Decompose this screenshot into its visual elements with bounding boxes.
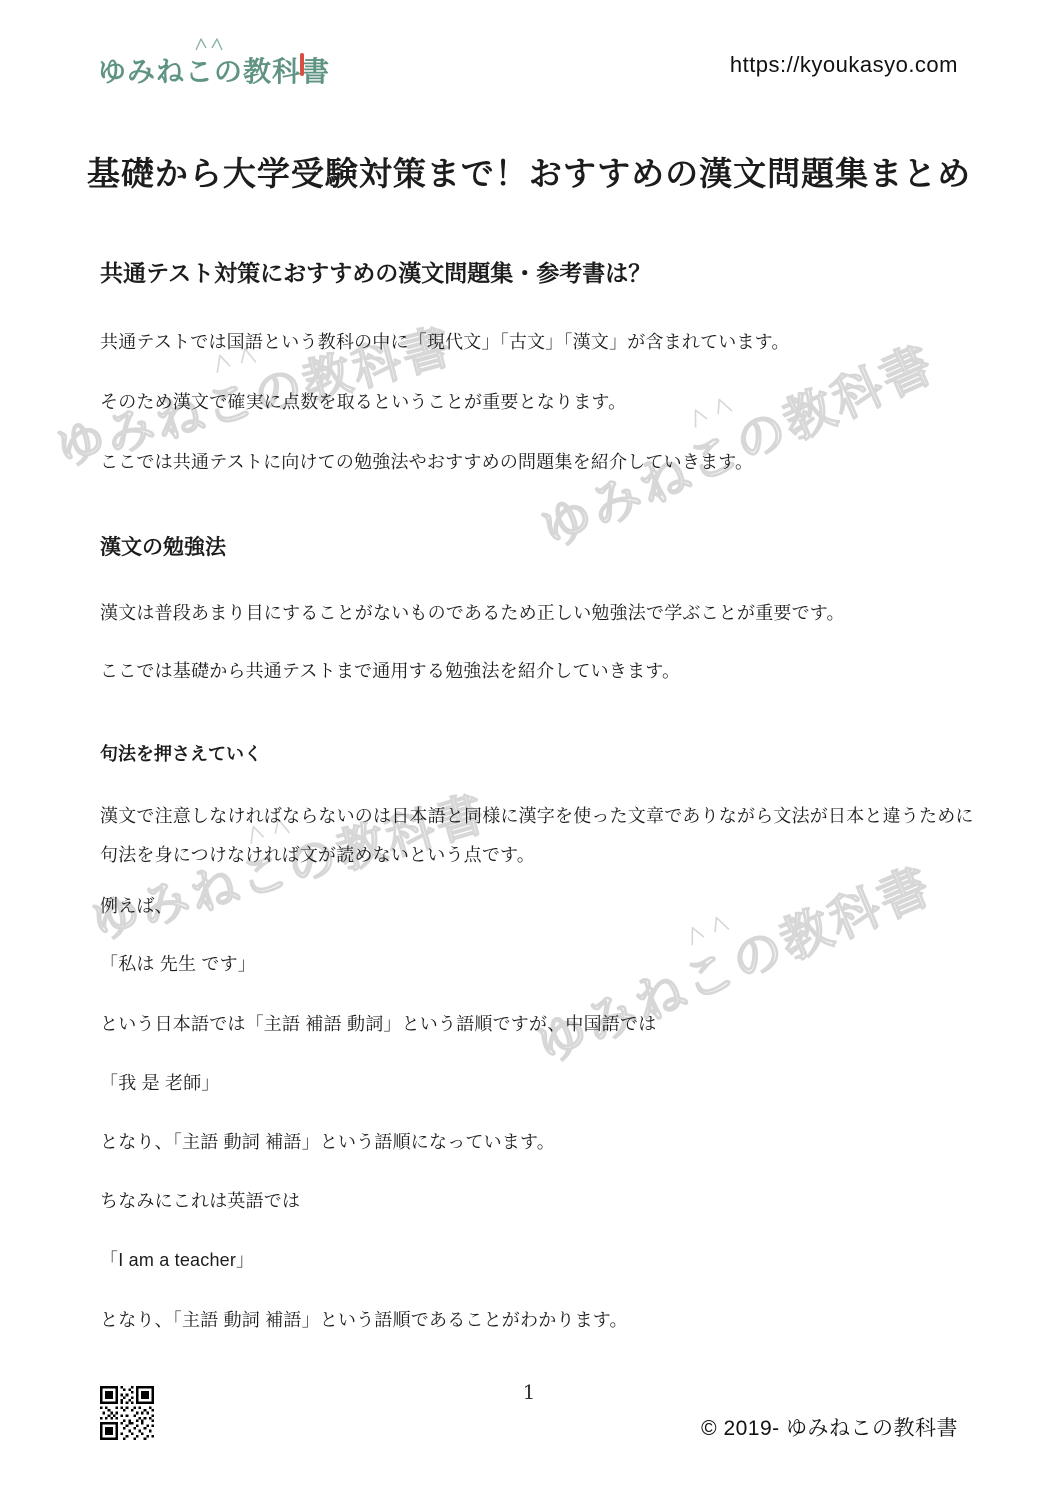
site-url-link[interactable]: https://kyoukasyo.com — [730, 52, 958, 78]
example-sentence-english: 「I am a teacher」 — [100, 1241, 980, 1280]
paragraph: 例えば、 — [100, 887, 980, 926]
paragraph: となり、「主語 動詞 補語」という語順になっています。 — [100, 1123, 980, 1162]
paragraph: ちなみにこれは英語では — [100, 1182, 980, 1221]
paragraph: そのため漢文で確実に点数を取るということが重要となります。 — [100, 383, 980, 422]
page-title: 基礎から大学受験対策まで！おすすめの漢文問題集まとめ — [0, 148, 1058, 195]
paragraph: 漢文は普段あまり目にすることがないものであるため正しい勉強法で学ぶことが重要です… — [100, 594, 980, 633]
example-sentence-japanese: 「私は 先生 です」 — [100, 945, 980, 984]
paragraph: 漢文で注意しなければならないのは日本語と同様に漢字を使った文章でありながら文法が… — [100, 797, 980, 875]
sub-heading-kuho: 句法を押さえていく — [100, 740, 262, 766]
paragraph: 共通テストでは国語という教科の中に「現代文」「古文」「漢文」が含まれています。 — [100, 323, 980, 362]
copyright-text: © 2019- ゆみねこの教科書 — [701, 1412, 958, 1442]
paragraph: ここでは基礎から共通テストまで通用する勉強法を紹介していきます。 — [100, 652, 980, 691]
paragraph: ここでは共通テストに向けての勉強法やおすすめの問題集を紹介していきます。 — [100, 443, 980, 482]
page-number: 1 — [0, 1380, 1058, 1404]
cat-ears-icon — [194, 37, 224, 51]
site-logo-text: ゆみねこの教科書 — [98, 56, 330, 87]
example-sentence-chinese: 「我 是 老師」 — [100, 1064, 980, 1103]
page: ゆみねこの教科書 ゆみねこの教科書 ゆみねこの教科書 ゆみねこの教科書 ゆみねこ… — [0, 0, 1058, 1497]
paragraph: となり、「主語 動詞 補語」という語順であることがわかります。 — [100, 1301, 980, 1340]
paragraph: という日本語では「主語 補語 動詞」という語順ですが、中国語では — [100, 1005, 980, 1044]
section-heading-kyotsu-test: 共通テスト対策におすすめの漢文問題集・参考書は？ — [100, 255, 651, 288]
site-logo: ゆみねこの教科書 — [98, 50, 330, 90]
logo-red-accent — [300, 53, 304, 76]
section-heading-benkyoho: 漢文の勉強法 — [100, 531, 226, 561]
